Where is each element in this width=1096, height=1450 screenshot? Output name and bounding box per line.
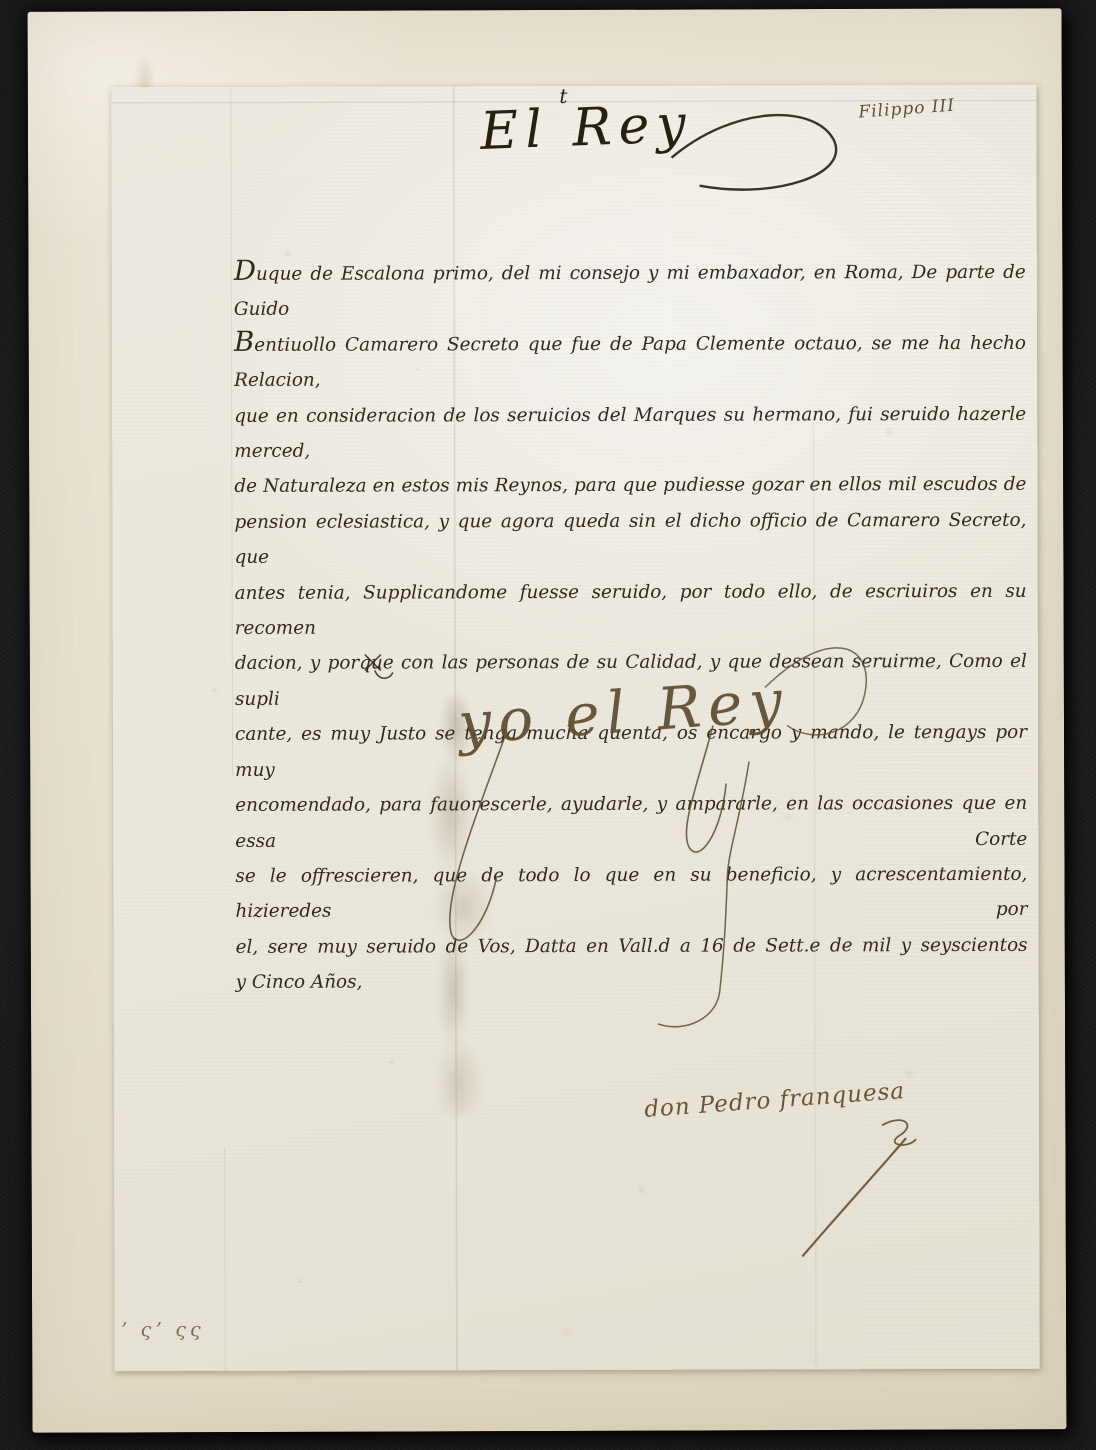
body-line: pension eclesiastica, y que agora queda … [234, 503, 1026, 576]
el-rey-heading: El Rey [465, 93, 707, 162]
letter-body: Duque de Escalona primo, del mi consejo … [234, 255, 1028, 1001]
body-line: el, sere muy seruido de Vos, Datta en Va… [236, 928, 1028, 965]
rubric-diagonal-stroke [802, 1138, 906, 1256]
underleaf-edge-line [230, 87, 233, 777]
body-line: Duque de Escalona primo, del mi consejo … [234, 255, 1026, 328]
body-line: que en consideracion de los seruicios de… [234, 396, 1026, 469]
letter-sheet: El Rey t Filippo III Duque de Escalona p… [111, 85, 1039, 1371]
body-line: se le offrescieren, que de todo lo que e… [235, 857, 1027, 930]
heading-cross-mark: t [559, 84, 567, 108]
body-line: y Cinco Años, [236, 963, 1028, 1000]
body-line: encomendado, para fauorescerle, ayudarle… [235, 786, 1027, 859]
body-line: de Naturaleza en estos mis Reynos, para … [234, 467, 1026, 504]
underleaf-edge-line-lower [224, 1147, 226, 1371]
secretary-signature: don Pedro franquesa [643, 1078, 906, 1123]
body-line: Bentiuollo Camarero Secreto que fue de P… [234, 326, 1026, 399]
trimmed-inscription-fragment: ʼ ςʼ ςς [121, 1319, 205, 1341]
body-line: antes tenia, Supplicandome fuesse seruid… [235, 573, 1027, 646]
rubric-knot-stroke [882, 1120, 916, 1145]
